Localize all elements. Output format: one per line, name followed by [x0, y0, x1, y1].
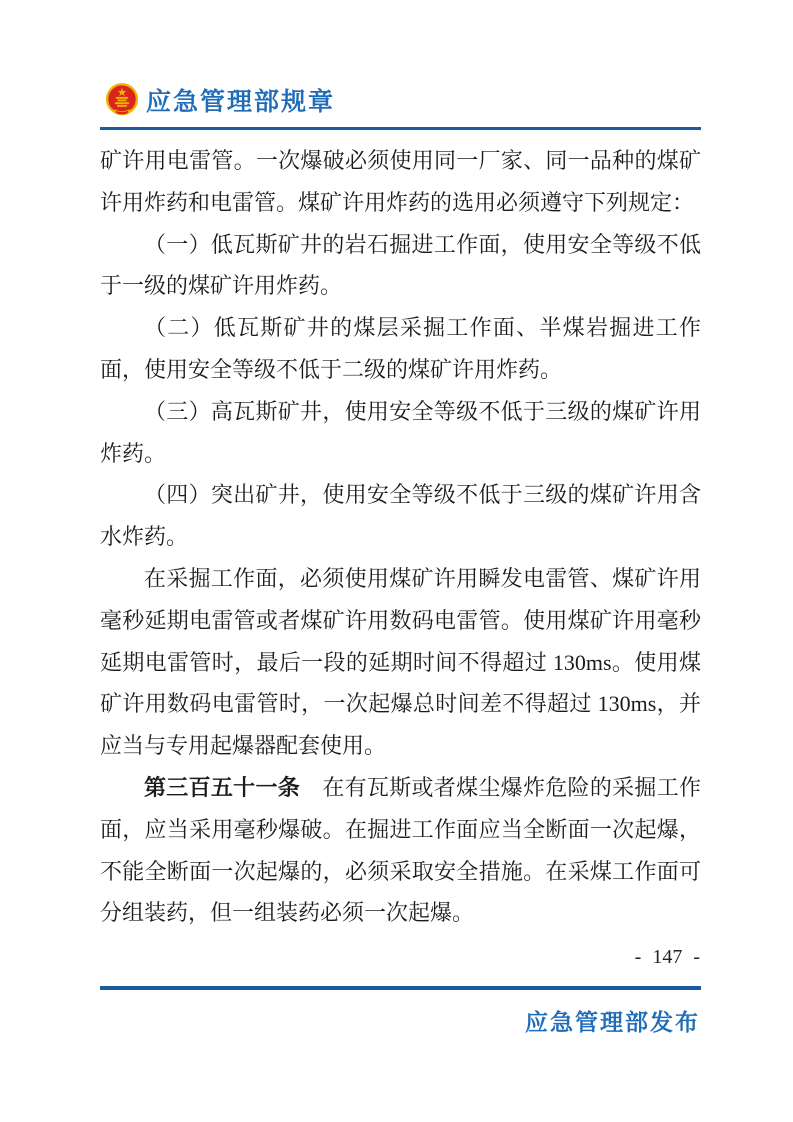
paragraph: （一）低瓦斯矿井的岩石掘进工作面，使用安全等级不低于一级的煤矿许用炸药。	[100, 224, 701, 308]
publisher-label: 应急管理部发布	[525, 1004, 700, 1037]
paragraph: （四）突出矿井，使用安全等级不低于三级的煤矿许用含水炸药。	[100, 474, 701, 558]
paragraph: （二）低瓦斯矿井的煤层采掘工作面、半煤岩掘进工作面，使用安全等级不低于二级的煤矿…	[100, 307, 701, 391]
header-title: 应急管理部规章	[146, 82, 335, 118]
document-page: 应急管理部规章 矿许用电雷管。一次爆破必须使用同一厂家、同一品种的煤矿许用炸药和…	[0, 0, 793, 1122]
header-rule	[100, 127, 701, 130]
paragraph: 在采掘工作面，必须使用煤矿许用瞬发电雷管、煤矿许用毫秒延期电雷管或者煤矿许用数码…	[100, 558, 701, 767]
paragraph: （三）高瓦斯矿井，使用安全等级不低于三级的煤矿许用炸药。	[100, 391, 701, 475]
paragraph: 第三百五十一条 在有瓦斯或者煤尘爆炸危险的采掘工作面，应当采用毫秒爆破。在掘进工…	[100, 767, 701, 934]
footer-rule	[100, 986, 701, 990]
page-number: - 147 -	[635, 946, 700, 969]
article-number: 第三百五十一条	[144, 775, 300, 800]
china-national-emblem-icon	[104, 82, 140, 118]
page-header: 应急管理部规章	[104, 80, 335, 120]
document-body: 矿许用电雷管。一次爆破必须使用同一厂家、同一品种的煤矿许用炸药和电雷管。煤矿许用…	[100, 140, 701, 934]
paragraph: 矿许用电雷管。一次爆破必须使用同一厂家、同一品种的煤矿许用炸药和电雷管。煤矿许用…	[100, 140, 701, 224]
